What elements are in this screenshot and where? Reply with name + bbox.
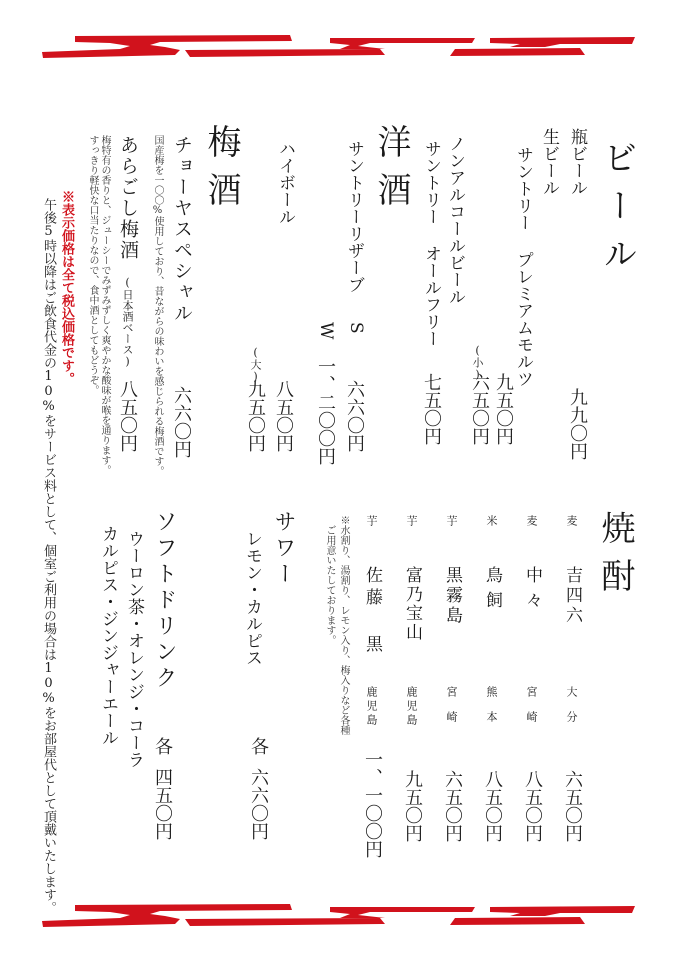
shochu-name: 鳥飼 (483, 566, 500, 616)
tax-note: ※表示価格は全て税込価格です。 (60, 190, 73, 385)
highball-price-large: 九五〇円 (246, 380, 264, 452)
beer-nonalcohol-brand: サントリー オールフリー (422, 140, 439, 347)
shochu-name: 佐藤 黒 (363, 566, 380, 657)
sour-each: 各 (249, 737, 267, 755)
umeshu-heading: 梅酒 (204, 124, 238, 220)
choya-price: 六六〇円 (172, 386, 190, 458)
shochu-name: 富乃宝山 (403, 566, 420, 642)
shochu-type: 麦 (526, 515, 537, 526)
shochu-name: 黒霧島 (443, 566, 460, 626)
reserve-price-s: 六六〇円 (345, 380, 363, 452)
highball-price: 八五〇円 (274, 380, 292, 452)
shochu-note-1: ※水割り、湯割り、レモン入り、梅入りなど各種 (338, 515, 348, 735)
shochu-origin: 鹿児島 (406, 686, 417, 728)
shochu-price: 六五〇円 (443, 770, 461, 842)
bottom-decorative-border (40, 902, 640, 928)
choya-description: 国産梅を一〇〇%使用しており、昔ながらの味わいを感じられる梅酒です。 (152, 135, 162, 476)
beer-draft-name: 生ビール (540, 128, 557, 196)
reserve-price-w: 一、二〇〇円 (316, 357, 334, 465)
highball-size-large: (大) (250, 346, 261, 383)
soft-drink-price: 四五〇円 (153, 768, 171, 840)
aragoshi-name: あらごし梅酒 (118, 135, 137, 261)
shochu-price: 八五〇円 (483, 770, 501, 842)
soft-drink-heading: ソフトドリンク (153, 510, 175, 692)
soft-drink-each: 各 (153, 737, 171, 755)
shochu-note-2: ご用意いたしております。 (324, 525, 334, 645)
sour-price: 六六〇円 (249, 768, 267, 840)
shochu-type: 米 (486, 515, 497, 526)
choya-name: チョーヤスペシャル (172, 135, 191, 324)
soft-drink-items-2: カルピス・ジンジャーエール (99, 525, 116, 746)
shochu-price: 八五〇円 (523, 770, 541, 842)
highball-name: ハイボール (276, 140, 293, 225)
soft-drink-items-1: ウーロン茶・オレンジ・コーラ (125, 530, 142, 768)
beer-bottle-name: 瓶ビール (568, 128, 585, 196)
shochu-origin: 大分 (566, 686, 577, 736)
shochu-name: 吉四六 (563, 566, 580, 626)
shochu-type: 芋 (406, 515, 417, 526)
shochu-type: 芋 (366, 515, 377, 526)
aragoshi-sub: (日本酒ベース) (122, 276, 133, 368)
beer-draft-price: 九五〇円 (494, 373, 512, 445)
aragoshi-description-1: 梅特有の香りと、ジューシーでみずみずしく爽やかな酸味が喉を通ります。 (99, 135, 109, 475)
aragoshi-price: 八五〇円 (118, 380, 136, 452)
reserve-name: サントリーリザーブ (345, 140, 362, 293)
service-note: 午後5時以降はご飲食代金の10%をサービス料として、個室ご利用の場合は10%をお… (42, 198, 55, 914)
beer-nonalcohol-name: ノンアルコールビール (446, 135, 463, 305)
shochu-origin: 宮崎 (446, 686, 457, 736)
shochu-heading: 焼酎 (598, 510, 632, 606)
beer-draft-brand: サントリー プレミアムモルツ (514, 146, 531, 387)
beer-nonalcohol-price: 七五〇円 (422, 373, 440, 445)
beer-bottle-price: 九九〇円 (568, 388, 586, 460)
shochu-price: 一、一〇〇円 (363, 750, 381, 858)
shochu-name: 中々 (523, 566, 540, 616)
aragoshi-description-2: すっきり軽快な口当たりなので、食中酒としてもどうぞ。 (87, 135, 97, 395)
red-brush-border-icon (40, 902, 640, 928)
shochu-price: 六五〇円 (563, 770, 581, 842)
shochu-origin: 鹿児島 (366, 686, 377, 728)
sour-items: レモン・カルピス (243, 530, 260, 666)
top-decorative-border (40, 33, 640, 59)
shochu-origin: 宮崎 (526, 686, 537, 736)
beer-draft-price-small: 六五〇円 (470, 373, 488, 445)
sour-heading: サワー (272, 510, 294, 588)
shochu-origin: 熊本 (486, 686, 497, 736)
shochu-type: 芋 (446, 515, 457, 526)
reserve-size-s: S (347, 322, 364, 334)
reserve-size-w: W (317, 322, 334, 339)
red-brush-border-icon (40, 33, 640, 59)
beer-heading: ビール (600, 140, 634, 284)
shochu-price: 九五〇円 (403, 770, 421, 842)
shochu-type: 麦 (566, 515, 577, 526)
western-heading: 洋酒 (374, 124, 408, 220)
